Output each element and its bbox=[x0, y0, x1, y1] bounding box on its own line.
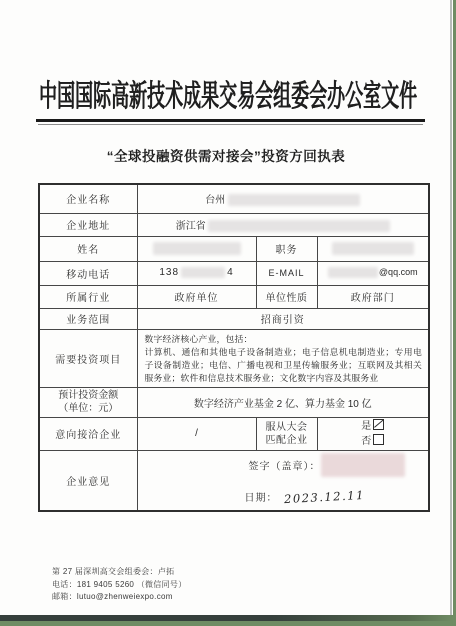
redacted-email-user bbox=[328, 267, 378, 278]
industry-value: 政府单位 bbox=[137, 285, 256, 308]
redacted-company-name bbox=[228, 194, 360, 206]
page-edge-bottom-green bbox=[0, 621, 456, 626]
mobile-label: 移动电话 bbox=[39, 261, 137, 285]
footer-email: 邮箱：lutuo@zhenweiexpo.com bbox=[52, 591, 187, 604]
form-title: “全球投融资供需对接会”投资方回执表 bbox=[0, 145, 452, 165]
email-label: E-MAIL bbox=[256, 261, 317, 285]
redacted-contact-name bbox=[153, 242, 241, 255]
obey-match-yes-line: 是 bbox=[320, 419, 427, 434]
mobile-value: 1384 bbox=[137, 261, 256, 285]
company-opinion-value: 签字（盖章）： 日期：2023.12.11 bbox=[137, 450, 429, 511]
company-name-visible-text: 台州 bbox=[205, 195, 225, 206]
mobile-suffix-text: 4 bbox=[227, 268, 234, 279]
obey-match-no-line: 否 bbox=[320, 434, 427, 449]
investment-amount-label: 预计投资金额 （单位：元） bbox=[39, 387, 137, 417]
investment-projects-intro: 数字经济核心产业，包括： bbox=[145, 333, 423, 346]
company-address-value: 浙江省 bbox=[137, 213, 429, 236]
industry-label: 所属行业 bbox=[39, 285, 137, 308]
intent-companies-label: 意向接洽企业 bbox=[39, 417, 137, 450]
row-investment-projects: 需要投资项目 数字经济核心产业，包括： 计算机、通信和其他电子设备制造业；电子信… bbox=[39, 329, 429, 387]
document-header-title: 中国国际高新技术成果交易会组委会办公室文件 bbox=[39, 71, 417, 115]
row-company-name: 企业名称 台州 bbox=[39, 184, 429, 213]
date-line: 日期：2023.12.11 bbox=[245, 489, 365, 504]
obey-match-label: 服从大会匹配企业 bbox=[256, 417, 317, 450]
yes-label: 是 bbox=[361, 421, 371, 432]
form-table: 企业名称 台州 企业地址 浙江省 姓名 职务 移动电话 1384 bbox=[38, 183, 430, 512]
business-scope-value: 招商引资 bbox=[137, 308, 429, 329]
obey-match-value: 是 否 bbox=[317, 417, 429, 450]
footer-phone: 电话：181 9405 5260 （微信同号） bbox=[52, 579, 187, 592]
company-name-label: 企业名称 bbox=[39, 184, 137, 213]
row-company-address: 企业地址 浙江省 bbox=[39, 213, 429, 236]
row-industry: 所属行业 政府单位 单位性质 政府部门 bbox=[39, 285, 429, 308]
email-domain-text: @qq.com bbox=[379, 268, 418, 278]
checked-checkbox-icon bbox=[373, 419, 384, 430]
handwritten-date: 2023.12.11 bbox=[283, 487, 364, 505]
investment-projects-value: 数字经济核心产业，包括： 计算机、通信和其他电子设备制造业；电子信息机电制造业；… bbox=[137, 329, 429, 387]
unit-nature-label: 单位性质 bbox=[256, 285, 317, 308]
redacted-company-address bbox=[208, 220, 390, 232]
row-intent-companies: 意向接洽企业 / 服从大会匹配企业 是 否 bbox=[39, 417, 429, 450]
footer-contact-block: 第 27 届深圳高交会组委会：卢拓 电话：181 9405 5260 （微信同号… bbox=[52, 566, 187, 604]
investment-projects-label: 需要投资项目 bbox=[39, 329, 137, 387]
row-mobile-email: 移动电话 1384 E-MAIL @qq.com bbox=[39, 261, 429, 285]
investment-amount-value: 数字经济产业基金 2 亿、算力基金 10 亿 bbox=[137, 387, 429, 417]
date-label: 日期： bbox=[245, 493, 278, 504]
contact-name-label: 姓名 bbox=[39, 236, 137, 261]
intent-companies-value: / bbox=[137, 417, 256, 450]
unit-nature-value: 政府部门 bbox=[317, 285, 429, 308]
investment-amount-label-line1: 预计投资金额 bbox=[42, 389, 135, 402]
row-name-position: 姓名 职务 bbox=[39, 236, 429, 261]
business-scope-label: 业务范围 bbox=[39, 308, 137, 329]
signature-label: 签字（盖章）： bbox=[249, 461, 321, 472]
mobile-prefix-text: 138 bbox=[159, 268, 179, 279]
scanned-document-page: 中国国际高新技术成果交易会组委会办公室文件 “全球投融资供需对接会”投资方回执表… bbox=[0, 0, 456, 626]
unchecked-checkbox-icon bbox=[373, 434, 384, 445]
email-value: @qq.com bbox=[317, 261, 429, 285]
header-divider-line bbox=[36, 119, 425, 122]
header-divider-line-echo bbox=[38, 124, 423, 125]
contact-name-value bbox=[137, 236, 256, 261]
investment-projects-detail: 计算机、通信和其他电子设备制造业；电子信息机电制造业；专用电子设备制造业；电信、… bbox=[145, 346, 423, 385]
redacted-mobile-middle bbox=[181, 267, 225, 278]
redacted-position bbox=[332, 242, 414, 255]
company-name-value: 台州 bbox=[137, 184, 429, 213]
company-address-visible-text: 浙江省 bbox=[176, 221, 206, 232]
company-opinion-label: 企业意见 bbox=[39, 450, 137, 511]
row-investment-amount: 预计投资金额 （单位：元） 数字经济产业基金 2 亿、算力基金 10 亿 bbox=[39, 387, 429, 417]
page-edge-right-line bbox=[450, 0, 452, 620]
position-value bbox=[317, 236, 429, 261]
row-business-scope: 业务范围 招商引资 bbox=[39, 308, 429, 329]
footer-organizer: 第 27 届深圳高交会组委会：卢拓 bbox=[52, 566, 187, 579]
no-label: 否 bbox=[361, 436, 371, 447]
redacted-signature-stamp bbox=[321, 453, 405, 477]
row-company-opinion: 企业意见 签字（盖章）： 日期：2023.12.11 bbox=[39, 450, 429, 511]
company-address-label: 企业地址 bbox=[39, 213, 137, 236]
investment-amount-label-line2: （单位：元） bbox=[42, 402, 135, 415]
signature-line: 签字（盖章）： bbox=[249, 457, 405, 477]
position-label: 职务 bbox=[256, 236, 317, 261]
